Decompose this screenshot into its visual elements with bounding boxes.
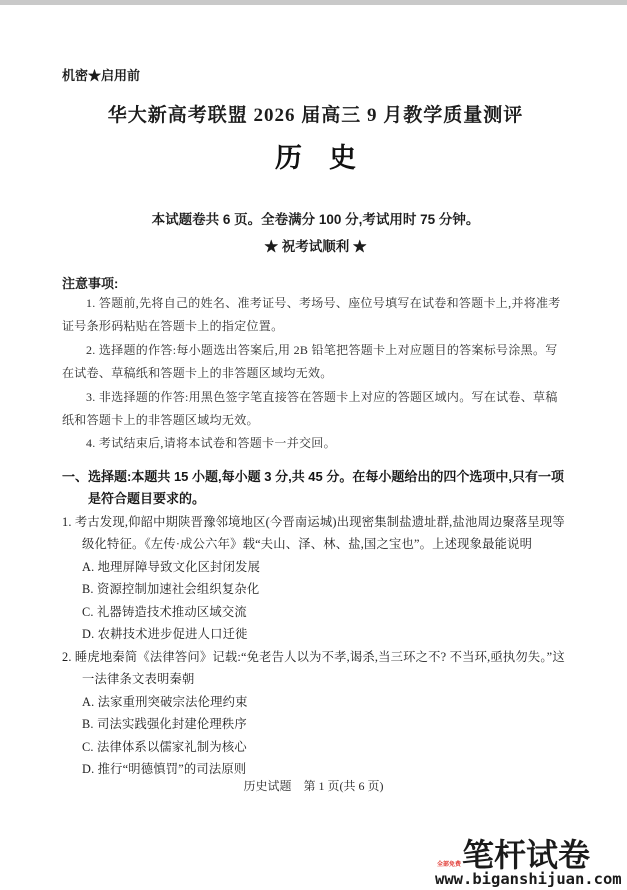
paper-info-line: 本试题卷共 6 页。全卷满分 100 分,考试用时 75 分钟。 [62,208,569,228]
scan-top-edge [0,0,627,5]
exam-title: 华大新高考联盟 2026 届高三 9 月教学质量测评 [62,100,569,127]
question-2-option-c: C. 法律体系以儒家礼制为核心 [62,736,569,759]
notice-item-4: 4. 考试结束后,请将本试卷和答题卡一并交回。 [62,432,569,455]
question-2: 2. 睡虎地秦简《法律答问》记载:“免老告人以为不孝,谒杀,当三环之不? 不当环… [62,646,569,781]
question-1: 1. 考古发现,仰韶中期陕晋豫邻境地区(今晋南运城)出现密集制盐遗址群,盐池周边… [62,511,569,646]
watermark-brand: 笔杆试卷 [462,839,590,871]
watermark: 全部免费 笔杆试卷 www.biganshijuan.com [435,839,625,888]
classification-label: 机密★启用前 [62,65,569,84]
question-1-option-d: D. 农耕技术进步促进人口迁徙 [62,623,569,646]
question-1-number: 1. [62,515,72,529]
question-2-option-a: A. 法家重刑突破宗法伦理约束 [62,691,569,714]
question-2-option-b: B. 司法实践强化封建伦理秩序 [62,713,569,736]
question-1-option-a: A. 地理屏障导致文化区封闭发展 [62,556,569,579]
watermark-url: www.biganshijuan.com [435,872,625,888]
section-heading-choice: 一、选择题:本题共 15 小题,每小题 3 分,共 45 分。在每小题给出的四个… [62,466,569,511]
watermark-free-tag: 全部免费 [437,862,461,868]
question-1-stem: 1. 考古发现,仰韶中期陕晋豫邻境地区(今晋南运城)出现密集制盐遗址群,盐池周边… [62,511,569,556]
question-1-option-c: C. 礼器铸造技术推动区域交流 [62,601,569,624]
subject-title: 历 史 [62,136,569,175]
question-2-stem: 2. 睡虎地秦简《法律答问》记载:“免老告人以为不孝,谒杀,当三环之不? 不当环… [62,646,569,691]
notice-item-1: 1. 答题前,先将自己的姓名、准考证号、考场号、座位号填写在试卷和答题卡上,并将… [62,292,569,339]
exam-wish-line: ★ 祝考试顺利 ★ [62,235,569,255]
question-2-number: 2. [62,650,72,664]
question-2-text: 睡虎地秦简《法律答问》记载:“免老告人以为不孝,谒杀,当三环之不? 不当环,亟执… [75,650,565,687]
question-1-text: 考古发现,仰韶中期陕晋豫邻境地区(今晋南运城)出现密集制盐遗址群,盐池周边聚落呈… [75,515,565,552]
exam-paper-page: 机密★启用前 华大新高考联盟 2026 届高三 9 月教学质量测评 历 史 本试… [0,0,627,890]
page-content: 机密★启用前 华大新高考联盟 2026 届高三 9 月教学质量测评 历 史 本试… [0,65,627,781]
notice-heading: 注意事项: [62,273,569,292]
watermark-brand-row: 全部免费 笔杆试卷 [435,839,625,871]
notice-item-2: 2. 选择题的作答:每小题选出答案后,用 2B 铅笔把答题卡上对应题目的答案标号… [62,339,569,386]
question-1-option-b: B. 资源控制加速社会组织复杂化 [62,578,569,601]
page-footer: 历史试题 第 1 页(共 6 页) [0,777,627,794]
notice-item-3: 3. 非选择题的作答:用黑色签字笔直接答在答题卡上对应的答题区域内。写在试卷、草… [62,386,569,433]
